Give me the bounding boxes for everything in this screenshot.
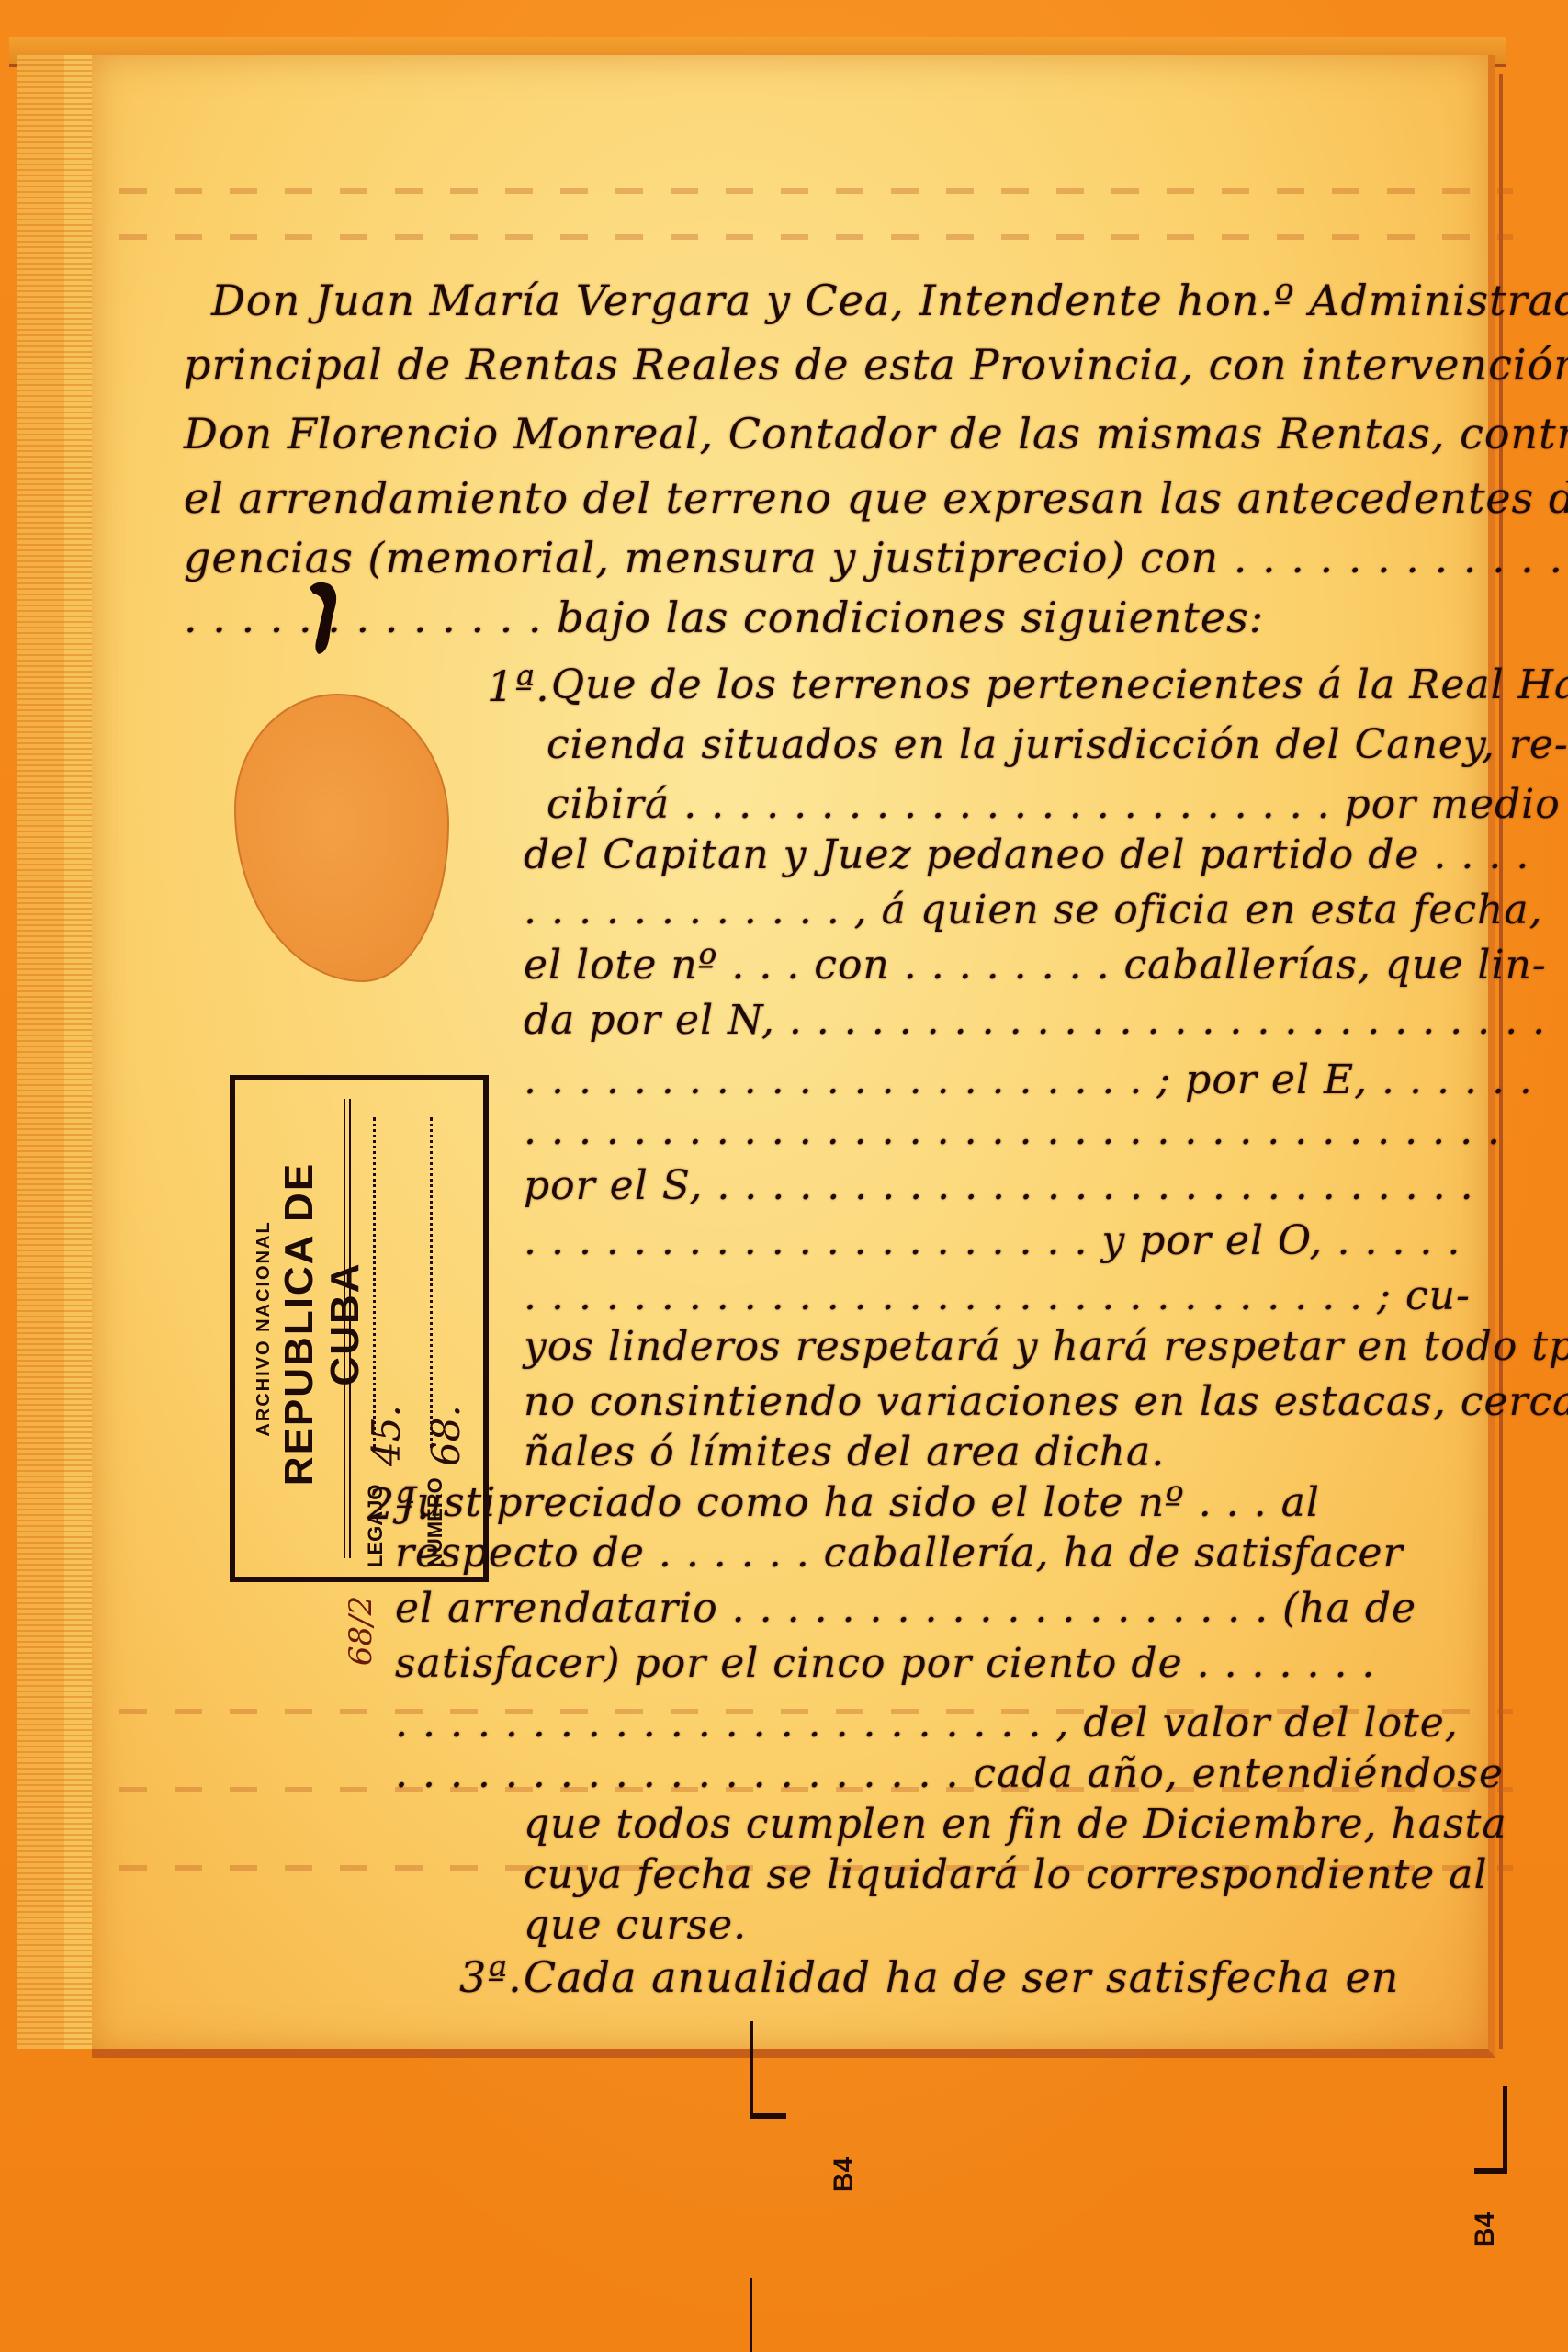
text-line: Que de los terrenos pertenecientes á la …: [551, 661, 1568, 708]
clause-number: 1ª.: [487, 661, 550, 711]
text-line: . . . . . . . . . . . . . . . . . . . . …: [524, 1057, 1533, 1103]
text-line: del Capitan y Juez pedaneo del partido d…: [524, 831, 1529, 878]
text-line: cienda situados en la jurisdicción del C…: [547, 721, 1568, 768]
bleed-through-line: [119, 234, 1513, 240]
text-line: da por el N, . . . . . . . . . . . . . .…: [524, 997, 1546, 1044]
text-line: Don Juan María Vergara y Cea, Intendente…: [211, 276, 1568, 325]
text-line: satisfacer) por el cinco por ciento de .…: [395, 1640, 1375, 1687]
crop-mark-bottom-line: [750, 2278, 752, 2352]
stamp-legajo-dotline: [373, 1117, 376, 1448]
text-line: el arrendamiento del terreno que expresa…: [184, 473, 1568, 523]
text-line: que curse.: [524, 1902, 747, 1949]
text-line: Don Florencio Monreal, Contador de las m…: [184, 409, 1568, 458]
text-line: no consintiendo variaciones en las estac…: [524, 1378, 1568, 1425]
text-line: respecto de . . . . . . caballería, ha d…: [395, 1530, 1404, 1577]
stamp-legajo-value: 45.: [364, 1405, 409, 1466]
text-line: . . . . . . . . . . . . . . . . . . . . …: [395, 1750, 1504, 1797]
text-line: que todos cumplen en fin de Diciembre, h…: [524, 1801, 1507, 1848]
stamp-numero-label: NUMERO: [423, 1477, 447, 1567]
archive-stamp: REPUBLICA DE CUBA ARCHIVO NACIONAL LEGAJ…: [230, 1075, 489, 1582]
text-line: . . . . . . . . . . . . . . . . . . . . …: [524, 1217, 1461, 1264]
text-line: . . . . . . . . . . . . . . . . . . . . …: [524, 1107, 1501, 1154]
crop-label-left: B4: [829, 2157, 860, 2192]
text-line: por el S, . . . . . . . . . . . . . . . …: [524, 1162, 1474, 1209]
clause-number: 3ª.: [459, 1952, 523, 2002]
margin-note: 68/2: [343, 1596, 379, 1666]
text-line: el arrendatario . . . . . . . . . . . . …: [395, 1585, 1416, 1632]
text-line: . . . . . . . . . . . . . . . . . . . . …: [395, 1700, 1459, 1747]
crop-mark-right-horizontal: [1474, 2168, 1507, 2174]
text-line: . . . . . . . . . . . . . . . . . . . . …: [524, 1272, 1471, 1319]
text-line: Justipreciado como ha sido el lote nº . …: [400, 1479, 1320, 1526]
stamp-legajo-label: LEGAJO: [364, 1485, 388, 1567]
crop-mark-right-vertical: [1503, 2086, 1507, 2173]
stamp-numero-value: 68.: [423, 1405, 468, 1466]
crop-mark-left-vertical: [750, 2021, 753, 2118]
crop-mark-left-horizontal: [750, 2113, 786, 2119]
text-line: gencias (memorial, mensura y justiprecio…: [184, 533, 1563, 582]
stamp-subtitle: ARCHIVO NACIONAL: [254, 1159, 281, 1498]
text-line: cibirá . . . . . . . . . . . . . . . . .…: [547, 781, 1561, 828]
text-line: el lote nº . . . con . . . . . . . . cab…: [524, 942, 1547, 989]
text-line: yos linderos respetará y hará respetar e…: [524, 1323, 1568, 1370]
text-line: ñales ó límites del area dicha.: [524, 1429, 1165, 1476]
text-line: . . . . . . . . . . . . , á quien se ofi…: [524, 887, 1543, 933]
stamp-divider: [344, 1099, 351, 1558]
text-line: Cada anualidad ha de ser satisfecha en: [524, 1952, 1399, 2002]
text-line: . . . . . . . . . . . . . bajo las condi…: [184, 593, 1264, 642]
text-line: cuya fecha se liquidará lo correspondien…: [524, 1851, 1488, 1898]
bleed-through-line: [119, 188, 1513, 194]
stamp-title: REPUBLICA DE CUBA: [276, 1094, 332, 1554]
text-line: principal de Rentas Reales de esta Provi…: [184, 340, 1568, 390]
stamp-numero-dotline: [430, 1117, 433, 1448]
crop-label-right: B4: [1470, 2212, 1501, 2247]
